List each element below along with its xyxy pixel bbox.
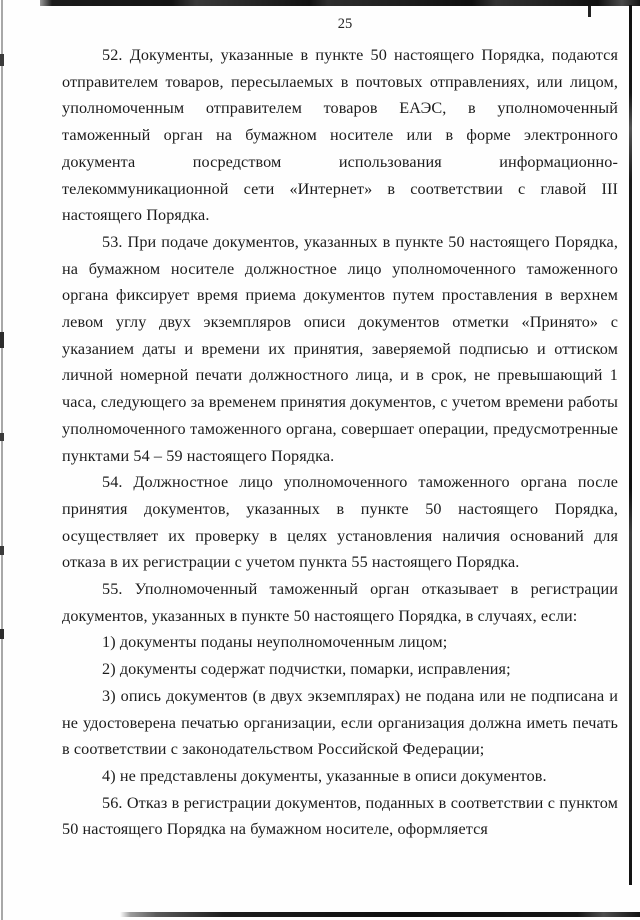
list-item-2: 2) документы содержат подчистки, помарки… <box>62 656 618 683</box>
page-number: 25 <box>62 16 628 33</box>
paragraph-54: 54. Должностное лицо уполномоченного там… <box>62 469 618 576</box>
scan-speck <box>0 433 4 441</box>
paragraph-56: 56. Отказ в регистрации документов, пода… <box>62 790 618 843</box>
paragraph-52: 52. Документы, указанные в пункте 50 нас… <box>62 42 618 229</box>
list-item-3: 3) опись документов (в двух экземплярах)… <box>62 683 618 763</box>
scan-speck <box>0 629 4 639</box>
scan-edge-right <box>629 5 632 885</box>
paragraph-53: 53. При подаче документов, указанных в п… <box>62 229 618 469</box>
scanned-document-page: 25 52. Документы, указанные в пункте 50 … <box>0 0 640 920</box>
list-item-1: 1) документы поданы неуполномоченным лиц… <box>62 629 618 656</box>
scan-edge-top <box>40 0 640 6</box>
list-item-4: 4) не представлены документы, указанные … <box>62 763 618 790</box>
scan-speck <box>0 332 4 348</box>
scan-speck <box>0 546 4 555</box>
document-body: 52. Документы, указанные в пункте 50 нас… <box>62 42 618 843</box>
paragraph-55: 55. Уполномоченный таможенный орган отка… <box>62 576 618 629</box>
scan-speck <box>0 54 4 66</box>
scan-edge-left <box>1 0 3 920</box>
scan-edge-bottom <box>120 912 640 917</box>
